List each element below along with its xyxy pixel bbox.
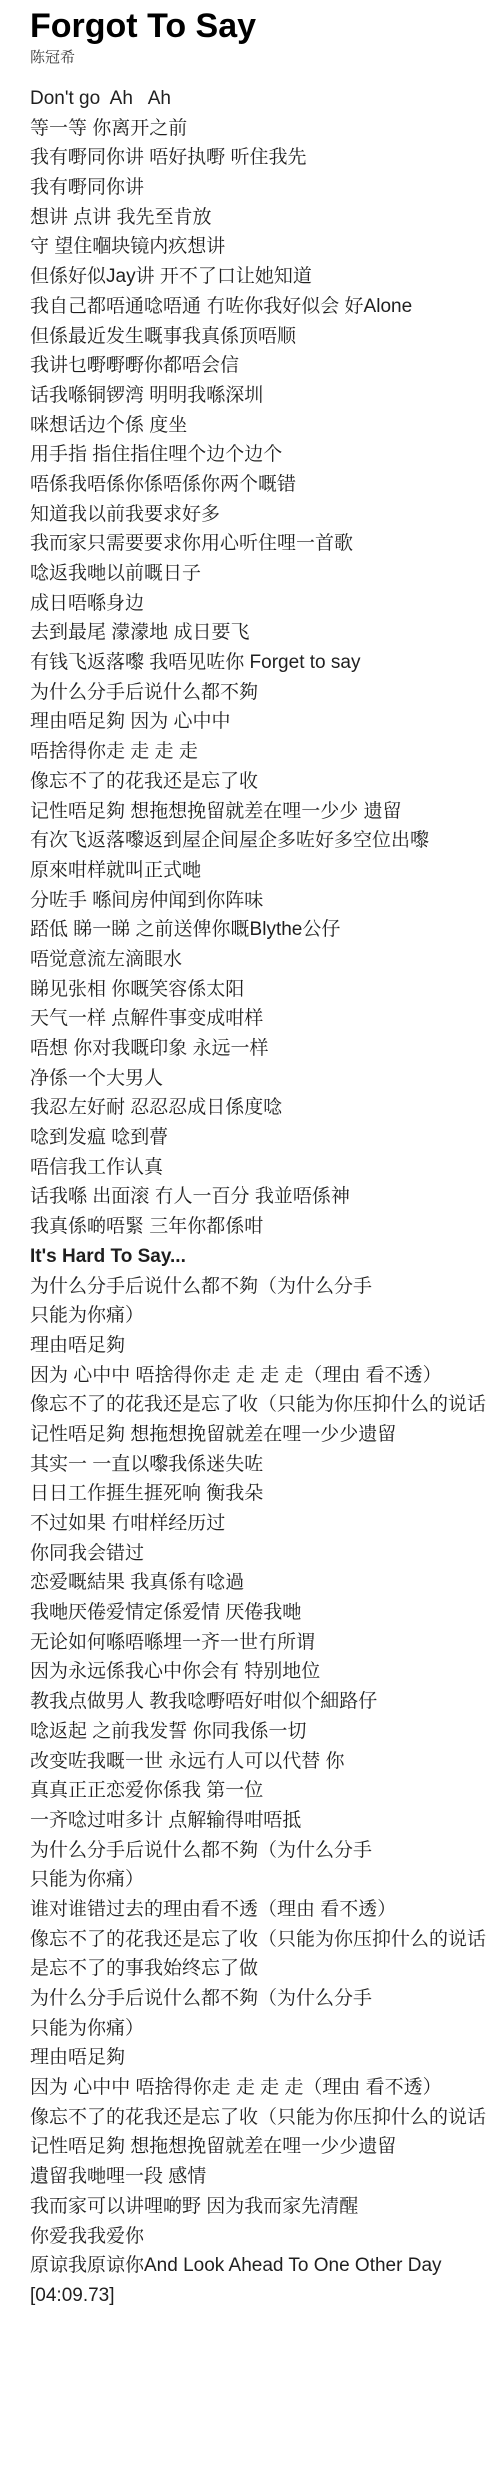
lyric-line: 但係好似Jay讲 开不了口让她知道	[30, 262, 500, 292]
lyric-line: 唔想 你对我嘅印象 永远一样	[30, 1034, 500, 1064]
lyric-line: 你爱我我爱你	[30, 2222, 500, 2252]
lyric-line: 我有嘢同你讲	[30, 173, 500, 203]
lyric-line: 我真係啲唔緊 三年你都係咁	[30, 1212, 500, 1242]
lyric-line: 记性唔足夠 想拖想挽留就差在哩一少少遗留	[30, 1420, 500, 1450]
lyric-line: 因为 心中中 唔捨得你走 走 走 走（理由 看不透）	[30, 1361, 500, 1391]
lyric-line: 为什么分手后说什么都不夠（为什么分手	[30, 1272, 500, 1302]
lyric-line: 我哋厌倦爱情定係爱情 厌倦我哋	[30, 1598, 500, 1628]
lyric-line: 原谅我原谅你And Look Ahead To One Other Day	[30, 2251, 500, 2281]
lyric-line: 想讲 点讲 我先至肯放	[30, 203, 500, 233]
lyric-line: 我有嘢同你讲 唔好执嘢 听住我先	[30, 143, 500, 173]
lyric-line: 像忘不了的花我还是忘了收（只能为你压抑什么的说话	[30, 1925, 500, 1955]
lyric-line: 谁对谁错过去的理由看不透（理由 看不透）	[30, 1895, 500, 1925]
song-title: Forgot To Say	[30, 0, 500, 47]
lyric-line: 唸返起 之前我发誓 你同我係一切	[30, 1717, 500, 1747]
lyric-line: 话我喺铜锣湾 明明我喺深圳	[30, 381, 500, 411]
lyric-line: 但係最近发生嘅事我真係顶唔顺	[30, 322, 500, 352]
lyric-line: 像忘不了的花我还是忘了收	[30, 767, 500, 797]
lyric-line: 为什么分手后说什么都不夠	[30, 678, 500, 708]
lyric-line: 像忘不了的花我还是忘了收（只能为你压抑什么的说话	[30, 2103, 500, 2133]
lyric-line: 是忘不了的事我始终忘了做	[30, 1954, 500, 1984]
lyric-line: 遺留我哋哩一段 感情	[30, 2162, 500, 2192]
lyric-line: 真真正正恋爱你係我 第一位	[30, 1776, 500, 1806]
lyric-line: 去到最尾 濛濛地 成日要飞	[30, 618, 500, 648]
lyric-line: 话我喺 出面滚 冇人一百分 我並唔係神	[30, 1182, 500, 1212]
lyric-line: 改变咗我嘅一世 永远冇人可以代替 你	[30, 1747, 500, 1777]
lyric-line: 天气一样 点解件事变成咁样	[30, 1004, 500, 1034]
lyric-line: 我而家只需要要求你用心听住哩一首歌	[30, 529, 500, 559]
lyric-line: 唸到发瘟 唸到瞢	[30, 1123, 500, 1153]
lyric-line: Don't go Ah Ah	[30, 84, 500, 114]
lyric-line: 净係一个大男人	[30, 1064, 500, 1094]
lyric-line: 因为 心中中 唔捨得你走 走 走 走（理由 看不透）	[30, 2073, 500, 2103]
artist-name: 陈冠希	[30, 48, 500, 68]
lyric-line: [04:09.73]	[30, 2281, 500, 2311]
lyric-line: 理由唔足夠	[30, 1331, 500, 1361]
lyric-line: 记性唔足夠 想拖想挽留就差在哩一少少 遗留	[30, 797, 500, 827]
lyric-line: 唔捨得你走 走 走 走	[30, 737, 500, 767]
lyric-line: 唸返我哋以前嘅日子	[30, 559, 500, 589]
lyric-line: 为什么分手后说什么都不夠（为什么分手	[30, 1984, 500, 2014]
lyric-line: It's Hard To Say...	[30, 1242, 500, 1272]
lyric-line: 不过如果 冇咁样经历过	[30, 1509, 500, 1539]
lyric-line: 守 望住嗰块镜内疚想讲	[30, 232, 500, 262]
lyric-line: 只能为你痛）	[30, 1301, 500, 1331]
lyric-line: 有次飞返落嚟返到屋企间屋企多咗好多空位出嚟	[30, 826, 500, 856]
lyric-line: 用手指 指住指住哩个边个边个	[30, 440, 500, 470]
lyric-line: 日日工作捱生捱死响 衡我朵	[30, 1479, 500, 1509]
lyric-line: 因为永远係我心中你会有 特别地位	[30, 1657, 500, 1687]
lyric-line: 记性唔足夠 想拖想挽留就差在哩一少少遗留	[30, 2132, 500, 2162]
lyric-line: 理由唔足夠	[30, 2043, 500, 2073]
lyric-line: 唔觉意流左滴眼水	[30, 945, 500, 975]
lyric-line: 教我点做男人 教我唸嘢唔好咁似个細路仔	[30, 1687, 500, 1717]
lyric-line: 无论如何喺唔喺埋一齐一世冇所谓	[30, 1628, 500, 1658]
lyric-line: 理由唔足夠 因为 心中中	[30, 707, 500, 737]
lyric-line: 成日唔喺身边	[30, 589, 500, 619]
lyric-line: 为什么分手后说什么都不夠（为什么分手	[30, 1836, 500, 1866]
lyric-line: 一齐唸过咁多计 点解输得咁唔抵	[30, 1806, 500, 1836]
lyrics-page: Forgot To Say 陈冠希 Don't go Ah Ah等一等 你离开之…	[0, 0, 500, 2470]
lyric-line: 有钱飞返落嚟 我唔见咗你 Forget to say	[30, 648, 500, 678]
lyric-line: 知道我以前我要求好多	[30, 500, 500, 530]
lyric-line: 唔係我唔係你係唔係你两个嘅错	[30, 470, 500, 500]
lyric-line: 我自己都唔通唸唔通 冇咗你我好似会 好Alone	[30, 292, 500, 322]
lyric-line: 咪想话边个係 度坐	[30, 411, 500, 441]
lyric-line: 原來咁样就叫正式哋	[30, 856, 500, 886]
lyric-line: 睇见张相 你嘅笑容係太阳	[30, 975, 500, 1005]
lyric-line: 等一等 你离开之前	[30, 114, 500, 144]
lyric-line: 你同我会错过	[30, 1539, 500, 1569]
lyric-line: 我而家可以讲哩啲野 因为我而家先清醒	[30, 2192, 500, 2222]
lyrics-body: Don't go Ah Ah等一等 你离开之前我有嘢同你讲 唔好执嘢 听住我先我…	[30, 84, 500, 2311]
lyric-line: 恋爱嘅結果 我真係有唸過	[30, 1568, 500, 1598]
lyric-line: 唔信我工作认真	[30, 1153, 500, 1183]
lyric-line: 分咗手 喺间房仲闻到你阵味	[30, 886, 500, 916]
lyric-line: 我讲乜嘢嘢嘢你都唔会信	[30, 351, 500, 381]
lyric-line: 踎低 睇一睇 之前送俾你嘅Blythe公仔	[30, 915, 500, 945]
lyric-line: 只能为你痛）	[30, 2014, 500, 2044]
lyric-line: 我忍左好耐 忍忍忍成日係度唸	[30, 1093, 500, 1123]
lyric-line: 只能为你痛）	[30, 1865, 500, 1895]
lyric-line: 其实一 一直以嚟我係迷失咗	[30, 1450, 500, 1480]
lyric-line: 像忘不了的花我还是忘了收（只能为你压抑什么的说话	[30, 1390, 500, 1420]
